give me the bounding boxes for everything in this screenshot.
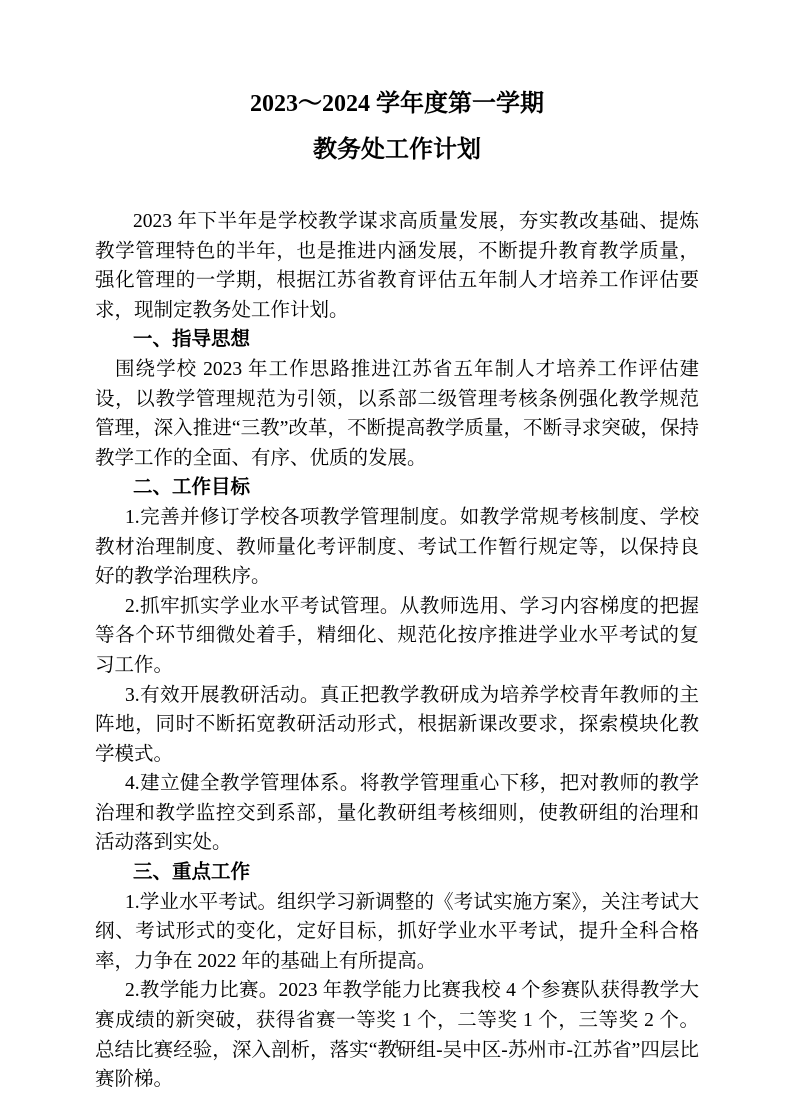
heading-guiding-ideology: 一、指导思想 xyxy=(95,325,699,355)
work-goal-item-4: 4.建立健全教学管理体系。将教学管理重心下移，把对教师的教学治理和教学监控交到系… xyxy=(95,769,699,858)
document-page: 2023～2024 学年度第一学期 教务处工作计划 2023 年下半年是学校教学… xyxy=(0,0,794,1108)
heading-work-goals: 二、工作目标 xyxy=(95,473,699,503)
work-goal-item-2: 2.抓牢抓实学业水平考试管理。从教师选用、学习内容梯度的把握等各个环节细微处着手… xyxy=(95,592,699,681)
paragraph-guiding-ideology: 围绕学校 2023 年工作思路推进江苏省五年制人才培养工作评估建设，以教学管理规… xyxy=(95,355,699,473)
key-work-item-1: 1.学业水平考试。组织学习新调整的《考试实施方案》，关注考试大纲、考试形式的变化… xyxy=(95,888,699,977)
document-title-line-2: 教务处工作计划 xyxy=(95,127,699,173)
document-title-line-1: 2023～2024 学年度第一学期 xyxy=(95,81,699,127)
work-goal-item-1: 1.完善并修订学校各项教学管理制度。如教学常规考核制度、学校教材治理制度、教师量… xyxy=(95,503,699,592)
document-title: 2023～2024 学年度第一学期 教务处工作计划 xyxy=(95,81,699,173)
heading-key-work: 三、重点工作 xyxy=(95,858,699,888)
paragraph-intro: 2023 年下半年是学校教学谋求高质量发展，夯实教改基础、提炼教学管理特色的半年… xyxy=(95,207,699,325)
work-goal-item-3: 3.有效开展教研活动。真正把教学教研成为培养学校青年教师的主阵地，同时不断拓宽教… xyxy=(95,681,699,770)
page-number: 1 xyxy=(0,1036,794,1052)
